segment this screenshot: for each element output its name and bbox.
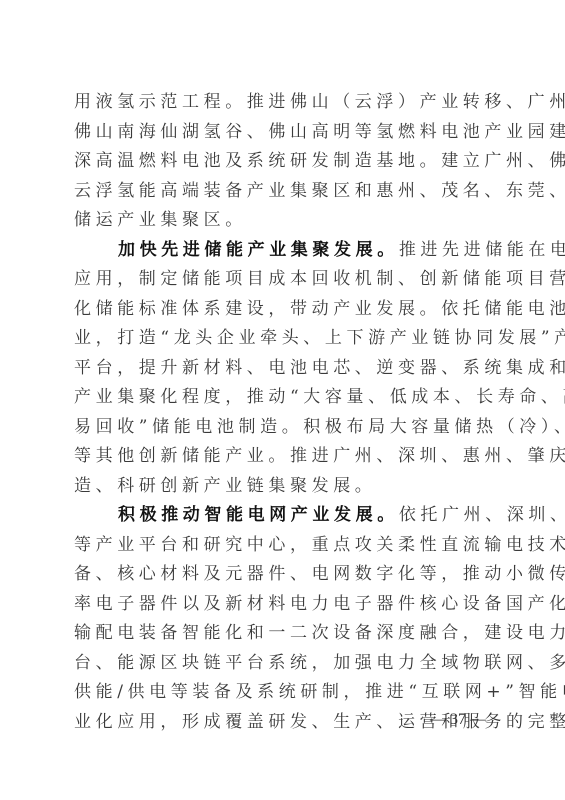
text-line: 台、能源区块链平台系统，加强电力全域物联网、多能互补综合: [74, 649, 494, 679]
text-line: 化储能标准体系建设，带动产业发展。依托储能电池制造龙头企: [74, 295, 494, 325]
paragraph-smart-grid: 积极推动智能电网产业发展。依托广州、深圳、珠海、中山 等产业平台和研究中心，重点…: [74, 501, 494, 737]
text-line: 平台，提升新材料、电池电芯、逆变器、系统集成和能量管理等: [74, 354, 494, 384]
text-line: 云浮氢能高端装备产业集聚区和惠州、茂名、东莞、湛江氢能制: [74, 177, 494, 207]
paragraph-heading: 加快先进储能产业集聚发展。: [118, 240, 399, 260]
text-line: 易回收”储能电池制造。积极布局大容量储热（冷）、物理储能: [74, 413, 494, 443]
text-span: 推进先进储能在电力领域示范: [399, 240, 565, 260]
text-line: 深高温燃料电池及系统研发制造基地。建立广州、佛山、东莞、: [74, 147, 494, 177]
paragraph-heading: 积极推动智能电网产业发展。: [118, 505, 399, 525]
text-line: 输配电装备智能化和一二次设备深度融合，建设电力大数据平: [74, 619, 494, 649]
text-line: 储运产业集聚区。: [74, 206, 494, 236]
document-page: 用液氢示范工程。推进佛山（云浮）产业转移、广州开发区、 佛山南海仙湖氢谷、佛山高…: [74, 88, 494, 737]
text-line: 产业集聚化程度，推动“大容量、低成本、长寿命、高安全、: [74, 383, 494, 413]
paragraph-energy-storage: 加快先进储能产业集聚发展。推进先进储能在电力领域示范 应用，制定储能项目成本回收…: [74, 236, 494, 502]
text-line: 应用，制定储能项目成本回收机制、创新储能项目营运模式，强: [74, 265, 494, 295]
text-line: 业，打造“龙头企业牵头、上下游产业链协同发展”产业集聚: [74, 324, 494, 354]
paragraph-hydrogen-continued: 用液氢示范工程。推进佛山（云浮）产业转移、广州开发区、 佛山南海仙湖氢谷、佛山高…: [74, 88, 494, 236]
text-line: 备、核心材料及元器件、电网数字化等，推动小微传感器、大功: [74, 560, 494, 590]
text-line: 率电子器件以及新材料电力电子器件核心设备国产化。大力推进: [74, 590, 494, 620]
page-number: — 37 —: [430, 711, 486, 729]
text-line: 佛山南海仙湖氢谷、佛山高明等氢燃料电池产业园建设，建立广: [74, 118, 494, 148]
text-line: 等产业平台和研究中心，重点攻关柔性直流输电技术、重大装: [74, 531, 494, 561]
text-span: 依托广州、深圳、珠海、中山: [399, 505, 565, 525]
text-line: 用液氢示范工程。推进佛山（云浮）产业转移、广州开发区、: [74, 88, 494, 118]
paragraph-first-line: 积极推动智能电网产业发展。依托广州、深圳、珠海、中山: [74, 501, 494, 531]
text-line: 造、科研创新产业链集聚发展。: [74, 472, 494, 502]
text-line: 供能/供电等装备及系统研制，推进“互联网+”智能电网和产: [74, 678, 494, 708]
text-line: 等其他创新储能产业。推进广州、深圳、惠州、肇庆储能生产制: [74, 442, 494, 472]
paragraph-first-line: 加快先进储能产业集聚发展。推进先进储能在电力领域示范: [74, 236, 494, 266]
